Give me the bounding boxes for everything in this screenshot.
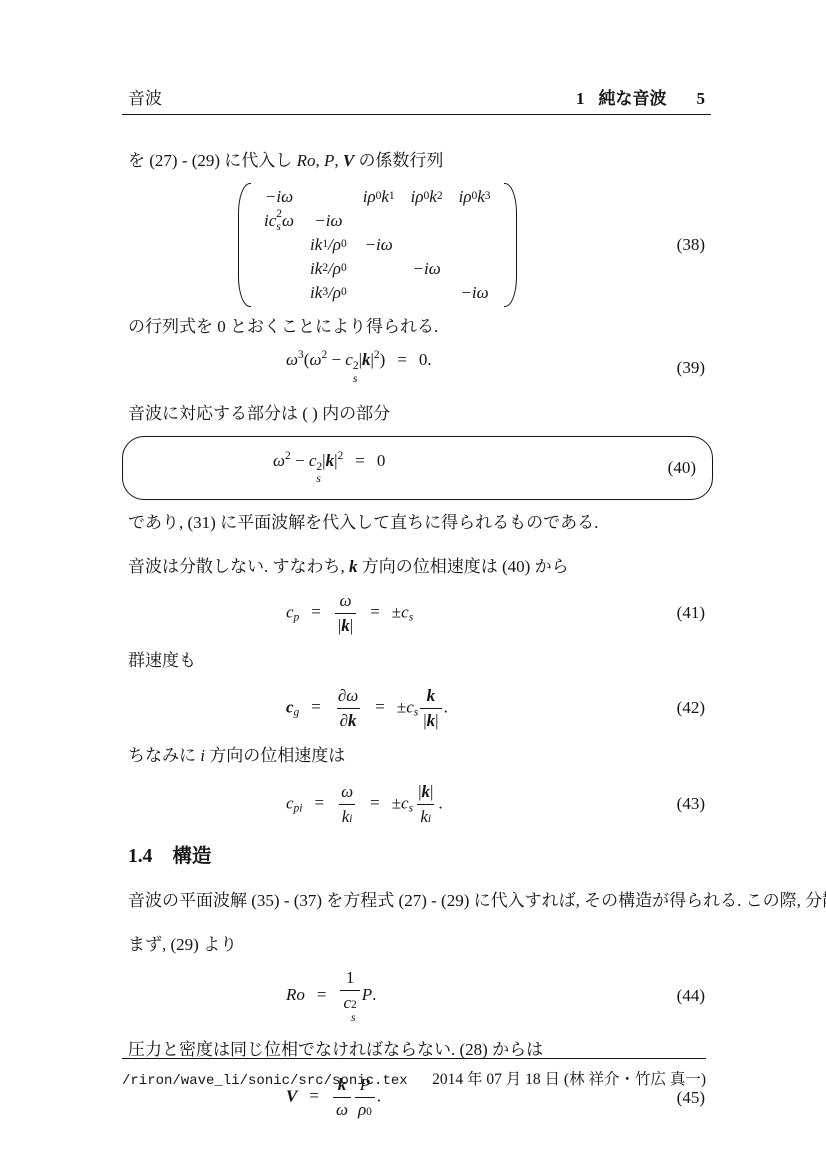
equation-number-38: (38)	[677, 235, 705, 255]
paragraph-no-dispersion: 音波は分散しない. すなわち, k 方向の位相速度は (40) から	[128, 553, 705, 580]
equation-44-body: Ro=1c2sP.	[286, 968, 376, 1024]
paragraph-first-from-29: まず, (29) より	[128, 931, 705, 958]
header-doc-title: 音波	[128, 88, 162, 110]
equation-number-40: (40)	[668, 458, 696, 478]
matrix-right-paren	[504, 183, 517, 307]
equation-43: cpi=ωki=±cs|k|ki. (43)	[128, 779, 705, 829]
page-header: 音波 1純な音波 5	[128, 88, 705, 110]
header-section: 1純な音波	[576, 88, 667, 110]
footer-source-path: /riron/wave_li/sonic/src/sonic.tex	[122, 1073, 408, 1089]
header-section-number: 1	[576, 89, 585, 108]
equation-number-39: (39)	[677, 358, 705, 378]
paragraph-structure-intro: 音波の平面波解 (35) - (37) を方程式 (27) - (29) に代入…	[128, 887, 705, 914]
paragraph-group-velocity: 群速度も	[128, 647, 705, 674]
equation-number-41: (41)	[677, 603, 705, 623]
header-section-title: 純な音波	[599, 89, 667, 108]
header-page-number: 5	[697, 88, 706, 110]
equation-38: −iωiρ0k1iρ0k2iρ0k3ic2sω−iωik1/ρ0−iωik2/ρ…	[128, 183, 705, 307]
equation-44: Ro=1c2sP. (44)	[128, 968, 705, 1024]
paragraph-intro-matrix: を (27) - (29) に代入し Ro, P, V の係数行列	[128, 147, 705, 174]
equation-40-body: ω2 − c2s|k|2=0	[273, 451, 385, 486]
section-heading-title: 構造	[172, 846, 211, 867]
equation-number-42: (42)	[677, 698, 705, 718]
boxed-equation-40: ω2 − c2s|k|2=0 (40)	[122, 436, 713, 500]
equation-41-body: cp=ω|k|=±cs	[286, 591, 413, 636]
equation-42-body: cg=∂ω∂k=±csk|k|.	[286, 686, 448, 731]
matrix-left-paren	[238, 183, 251, 307]
equation-number-45: (45)	[677, 1088, 705, 1108]
equation-43-body: cpi=ωki=±cs|k|ki.	[286, 782, 443, 827]
paragraph-plane-wave: であり, (31) に平面波解を代入して直ちに得られるものである.	[128, 509, 705, 536]
equation-39: ω3(ω2 − c2s|k|2)=0. (39)	[128, 350, 705, 385]
paragraph-sound-part: 音波に対応する部分は ( ) 内の部分	[128, 400, 705, 427]
paragraph-i-direction: ちなみに i 方向の位相速度は	[128, 742, 705, 769]
paragraph-determinant: の行列式を 0 とおくことにより得られる.	[128, 313, 705, 340]
section-heading-number: 1.4	[128, 846, 152, 867]
equation-number-43: (43)	[677, 794, 705, 814]
page-footer: /riron/wave_li/sonic/src/sonic.tex 2014 …	[122, 1058, 706, 1089]
equation-39-body: ω3(ω2 − c2s|k|2)=0.	[286, 350, 432, 385]
equation-41: cp=ω|k|=±cs (41)	[128, 588, 705, 638]
equation-42: cg=∂ω∂k=±csk|k|. (42)	[128, 683, 705, 733]
footer-date-credit: 2014 年 07 月 18 日 (林 祥介・竹広 真一)	[432, 1067, 706, 1089]
header-rule	[122, 114, 711, 115]
document-page: 音波 1純な音波 5 を (27) - (29) に代入し Ro, P, V の…	[0, 0, 826, 1169]
equation-number-44: (44)	[677, 986, 705, 1006]
coefficient-matrix: −iωiρ0k1iρ0k2iρ0k3ic2sω−iωik1/ρ0−iωik2/ρ…	[238, 183, 517, 307]
section-heading: 1.4構造	[128, 844, 705, 870]
matrix-grid: −iωiρ0k1iρ0k2iρ0k3ic2sω−iωik1/ρ0−iωik2/ρ…	[260, 183, 495, 307]
